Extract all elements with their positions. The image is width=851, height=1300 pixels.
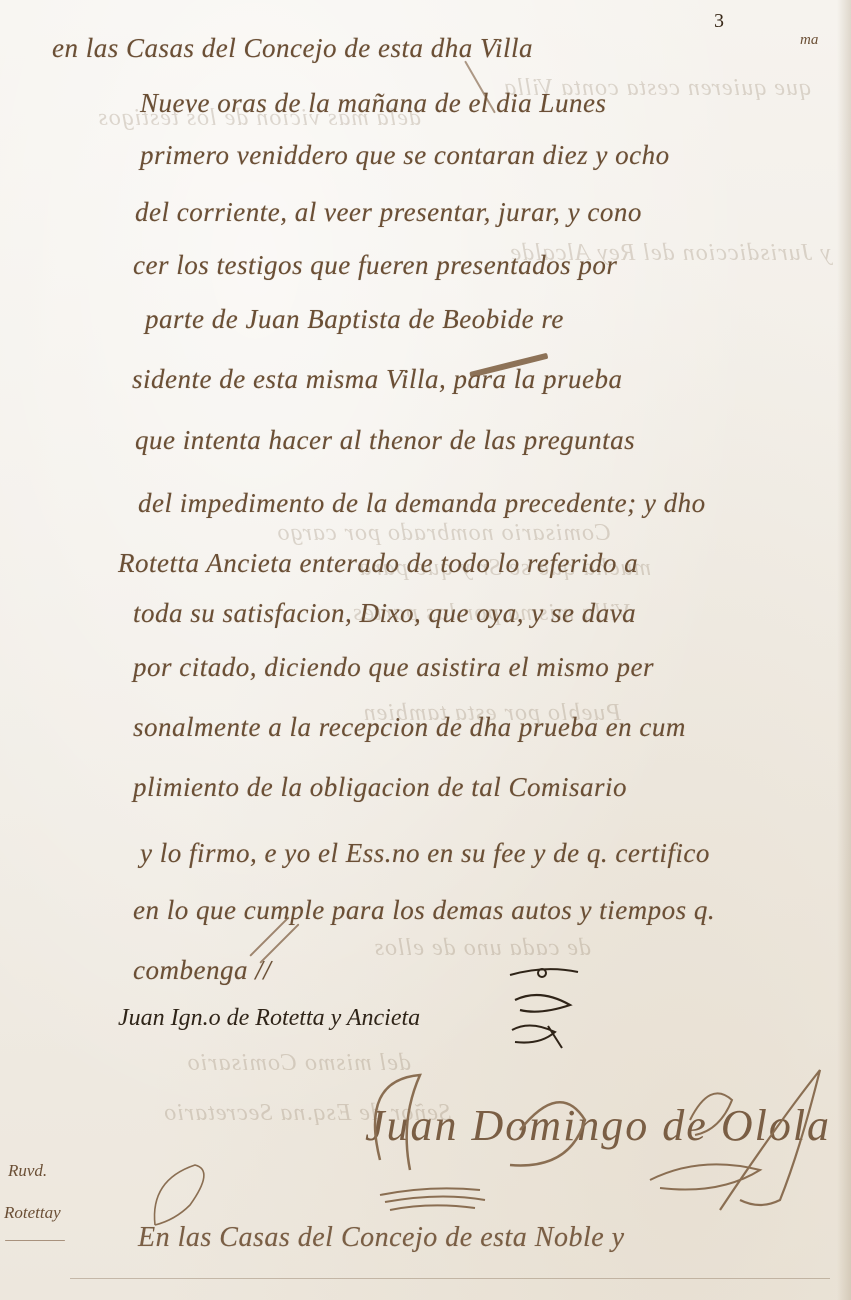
bottom-rule bbox=[70, 1278, 830, 1279]
margin-underline bbox=[5, 1240, 65, 1241]
text-line: combenga // bbox=[133, 955, 271, 986]
margin-note-line-1: Ruvd. bbox=[8, 1160, 47, 1182]
bleed-line: del mismo Comisario bbox=[187, 1050, 411, 1077]
text-line: del corriente, al veer presentar, jurar,… bbox=[135, 197, 642, 228]
text-line: que intenta hacer al thenor de las pregu… bbox=[135, 425, 635, 456]
text-line: y lo firmo, e yo el Ess.no en su fee y d… bbox=[140, 838, 710, 869]
text-line: sonalmente a la recepcion de dha prueba … bbox=[133, 712, 686, 743]
capital-e-flourish-icon bbox=[140, 1160, 220, 1230]
signature-party: Juan Ign.o de Rotetta y Ancieta bbox=[118, 1005, 420, 1032]
text-line: toda su satisfacion, Dixo, que oya, y se… bbox=[133, 598, 636, 629]
rubric-flourish-icon bbox=[500, 960, 590, 1055]
pen-stroke-flourish bbox=[259, 923, 299, 963]
page-edge-shadow bbox=[837, 0, 851, 1300]
bleed-line: Comisario nombrado por cargo bbox=[277, 520, 611, 547]
margin-note-line-2: Rotettay bbox=[4, 1202, 61, 1224]
text-line: por citado, diciendo que asistira el mis… bbox=[133, 652, 654, 683]
text-line: plimiento de la obligacion de tal Comisa… bbox=[133, 772, 627, 803]
text-line: cer los testigos que fueren presentados … bbox=[133, 250, 617, 281]
text-line: en lo que cumple para los demas autos y … bbox=[133, 895, 715, 926]
manuscript-page: dela mas vicion de los testigos que quie… bbox=[0, 0, 851, 1300]
folio-number: 3 bbox=[714, 10, 724, 33]
bleed-line: de cada uno de ellos bbox=[374, 935, 591, 962]
text-line: Rotetta Ancieta enterado de todo lo refe… bbox=[118, 548, 638, 579]
text-line: Nueve oras de la mañana de el dia Lunes bbox=[140, 88, 606, 119]
text-line: del impedimento de la demanda precedente… bbox=[138, 488, 706, 519]
text-line: en las Casas del Concejo de esta dha Vil… bbox=[52, 33, 533, 64]
next-entry-line: En las Casas del Concejo de esta Noble y bbox=[138, 1222, 625, 1254]
signature-notary: Juan Domingo de Olola bbox=[365, 1100, 831, 1151]
text-line: primero veniddero que se contaran diez y… bbox=[140, 140, 670, 171]
superscript-abbreviation: ma bbox=[800, 32, 818, 49]
text-line: sidente de esta misma Villa, para la pru… bbox=[132, 364, 622, 395]
text-line: parte de Juan Baptista de Beobide re bbox=[145, 304, 564, 335]
